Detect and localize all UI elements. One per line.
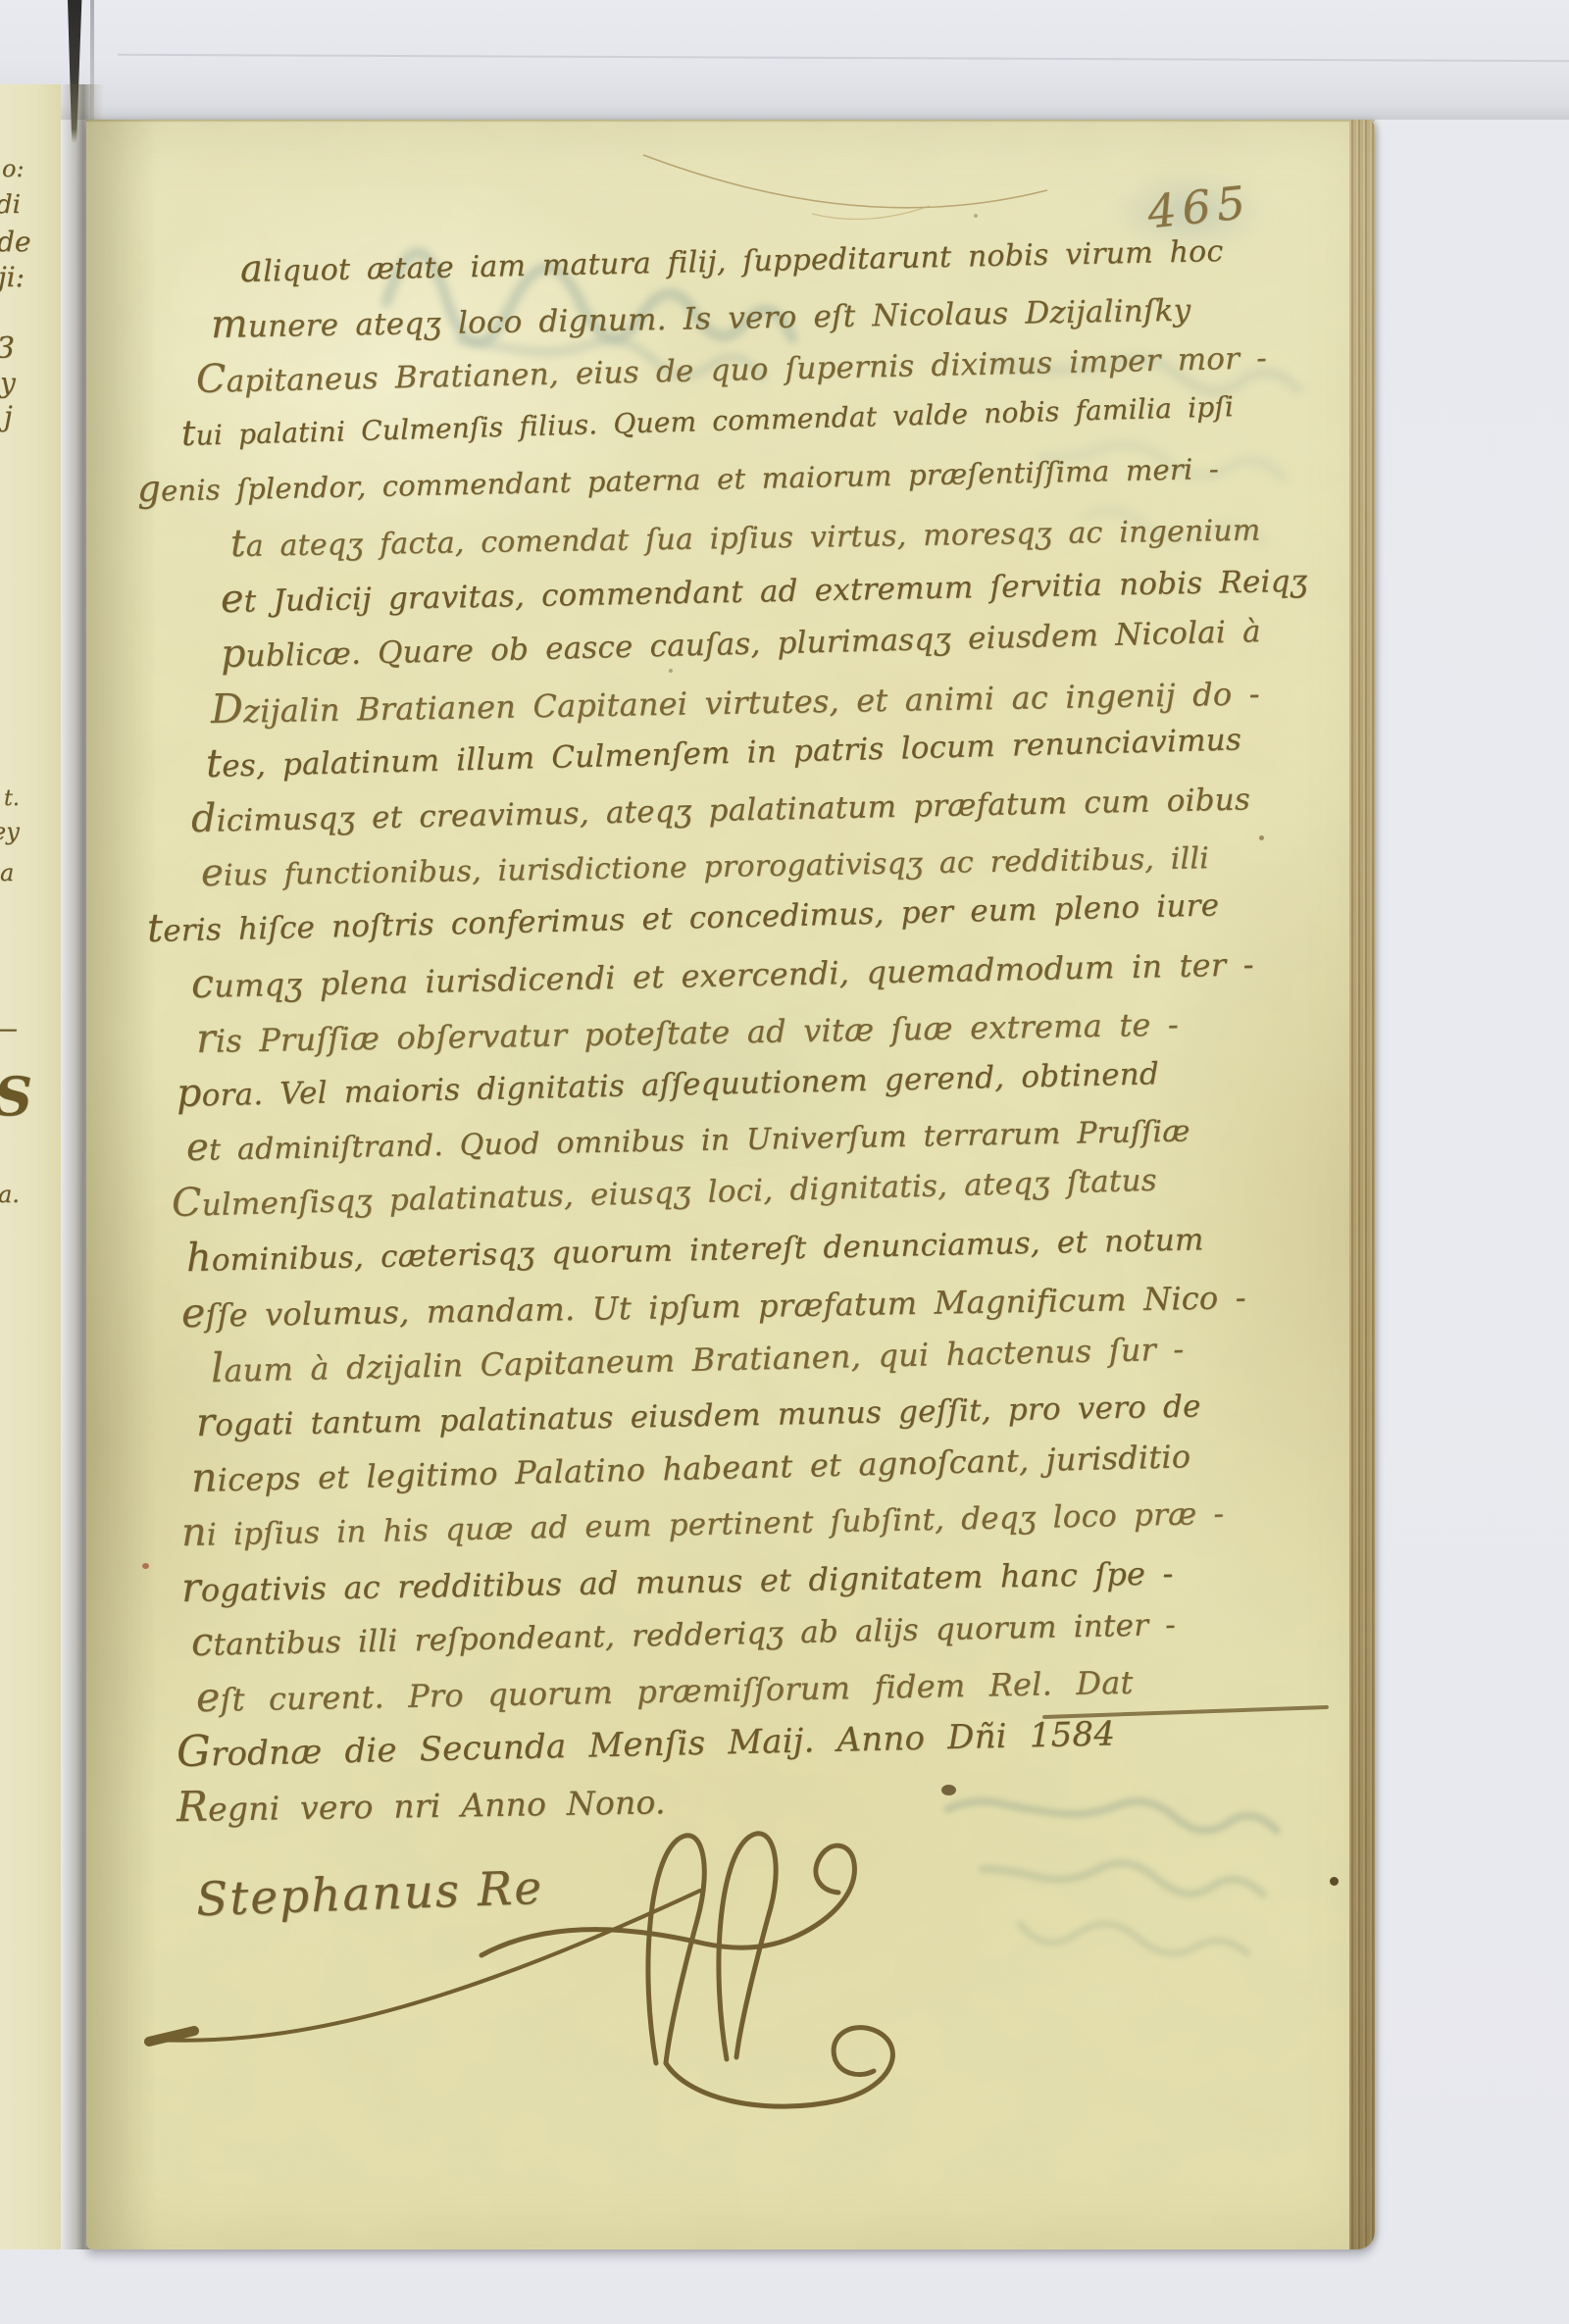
- facing-page-text-fragment: S: [0, 1065, 32, 1128]
- facing-page-text-fragment: t.: [4, 786, 20, 811]
- manuscript-scan: o: di de ji: 3 y j t. ey a — S a.: [0, 0, 1569, 2324]
- facing-page-text-fragment: j: [4, 400, 13, 432]
- facing-page-text-fragment: ey: [0, 818, 20, 845]
- facing-page-text-fragment: ji:: [0, 261, 25, 293]
- facing-page-text-fragment: a: [0, 859, 14, 886]
- manuscript-page: 465 aliquot ætate iam matura filij, ſupp…: [86, 120, 1375, 2249]
- facing-page-text-fragment: a.: [0, 1181, 20, 1208]
- facing-page-sliver: o: di de ji: 3 y j t. ey a — S a.: [0, 84, 61, 2249]
- facing-page-text-fragment: o:: [2, 155, 25, 182]
- facing-page-text-fragment: di: [0, 190, 21, 220]
- page-vignette: [86, 120, 1375, 2249]
- facing-page-text-fragment: 3: [0, 331, 15, 366]
- facing-page-text-fragment: y: [0, 367, 16, 399]
- facing-page-text-fragment: —: [0, 1012, 18, 1044]
- facing-page-text-fragment: de: [0, 226, 31, 258]
